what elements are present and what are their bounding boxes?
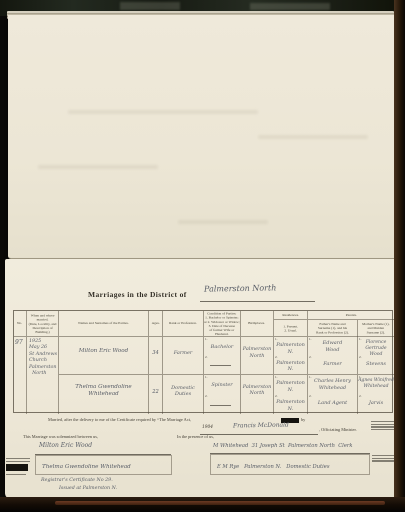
binding-highlight (120, 2, 180, 10)
col-header-father: Father's Name and Surname (1), and his R… (308, 320, 358, 337)
signature-bride: Thelma Gwendoline Whitehead (42, 464, 131, 470)
cell-bride-name: Thelma Gwendoline Whitehead (59, 375, 149, 414)
district-name-handwritten: Palmerston North (204, 283, 276, 293)
col-header-rank: Rank or Profession. (163, 311, 204, 337)
cell-bride-condition: 1. Spinster 2. (204, 375, 241, 414)
act-year: 1904 (202, 425, 213, 430)
col-header-names: Names and Surnames of the Parties. (59, 311, 149, 337)
residences-sub-label: 1. Present. 2. Usual. (274, 320, 307, 337)
parents-label: Parents. (308, 311, 394, 320)
fine-print-block (372, 455, 396, 462)
marriage-register-table: No. When and where married. (Date, Local… (13, 310, 393, 413)
book-cover-edge (55, 501, 385, 505)
residences-label: Residences. (274, 311, 307, 320)
bleed-through-mark (68, 110, 258, 114)
marriage-register-page: Marriages in the District of Palmerston … (5, 259, 398, 499)
registrar-certificate-note: Registrar's Certificate No 29. (41, 478, 113, 483)
scanned-marriage-register-photo: { "colors": { "paper": "#eee8d8", "ink_h… (0, 0, 405, 512)
presence-label: In the presence of us, (177, 435, 214, 440)
bleed-through-mark (38, 165, 158, 169)
cell-groom-condition: 1. Bachelor 2. (204, 337, 241, 375)
cell-bride-birthplace: Palmerston North (241, 375, 274, 414)
cell-groom-residences: 1. Palmerston N. 2. Palmerston N. (274, 337, 308, 375)
bleed-through-mark (258, 135, 368, 139)
minister-signature: Francis McDonald (233, 422, 289, 430)
col-header-birthplaces: Birthplaces. (241, 311, 274, 337)
top-blank-page (8, 15, 397, 259)
cell-groom-father: 1. Edward Wood 2. Farmer (308, 337, 358, 375)
witness-2-signature: E M Rye Palmerston N. Domestic Duties (217, 464, 330, 470)
margin-stamp-text (6, 474, 26, 475)
col-header-when-where: When and where married. (Date, Locality,… (27, 311, 59, 337)
col-header-parents: Parents. Father's Name and Surname (1), … (308, 311, 394, 337)
registrar-issued-note: Issued at Palmerston N. (59, 486, 117, 491)
cell-bride-age: 22 (149, 375, 163, 414)
officiating-minister-label: , Officiating Minister. (319, 428, 357, 433)
col-header-residences: Residences. 1. Present. 2. Usual. (274, 311, 308, 337)
bleed-through-mark (178, 220, 268, 224)
solemnized-label: This Marriage was solemnized between us, (23, 435, 98, 440)
parents-sub-headers: Father's Name and Surname (1), and his R… (308, 320, 394, 337)
binding-highlight (250, 3, 330, 10)
col-header-condition: Condition of Parties: 1. Bachelor or Spi… (204, 311, 241, 337)
witness-1-signature: M Whitehead 31 Joseph St Palmerston Nort… (213, 443, 353, 449)
cell-bride-residences: 1. Palmerston N. 2. Palmerston N. (274, 375, 308, 414)
declaration-by: by (301, 418, 305, 423)
signature-groom: Milton Eric Wood (39, 442, 92, 449)
declaration-text: Married, after the delivery to me of the… (48, 418, 191, 423)
book-fore-edge (394, 0, 405, 512)
cell-bride-mother: 1. Agnes Winifred Whitehead 2. Jarvis (358, 375, 394, 414)
blank-line (210, 405, 231, 406)
page-title: Marriages in the District of (88, 290, 187, 299)
cell-bride-father: 1. Charles Henry Whitehead 2. Land Agent (308, 375, 358, 414)
col-header-ages: Ages. (149, 311, 163, 337)
cell-groom-birthplace: Palmerston North (241, 337, 274, 375)
margin-redaction-box (6, 464, 28, 471)
fine-print-block (371, 421, 396, 430)
cell-groom-age: 34 (149, 337, 163, 375)
cell-groom-rank: Farmer (163, 337, 204, 375)
blank-line (210, 365, 231, 366)
cell-bride-rank: Domestic Duties (163, 375, 204, 414)
minister-signature-line (200, 434, 318, 435)
cell-when-where-married: 1925 May 26 St Andrews Church Palmerston… (27, 337, 59, 414)
col-header-mother: Mother's Name (1), and Maiden Surname (2… (358, 320, 394, 337)
col-header-no: No. (14, 311, 27, 337)
cell-groom-mother: 1. Florence Gertrude Wood 2. Stevens (358, 337, 394, 375)
cell-entry-number: 97 (14, 337, 27, 414)
cell-groom-name: Milton Eric Wood (59, 337, 149, 375)
title-underline (200, 301, 315, 302)
margin-stamp-text (6, 458, 30, 462)
